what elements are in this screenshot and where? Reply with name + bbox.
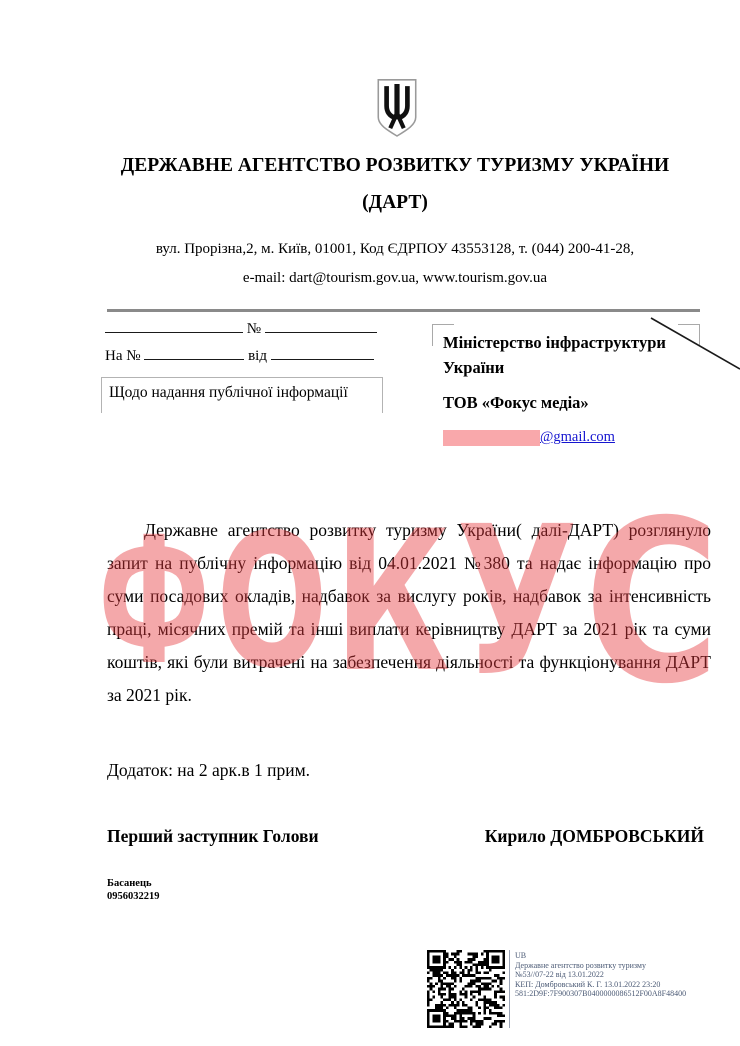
outgoing-reference-line: № xyxy=(105,319,377,338)
stamp-line: №53//07-22 від 13.01.2022 xyxy=(515,970,740,980)
letter-body: Державне агентство розвитку туризму Укра… xyxy=(107,514,711,712)
incoming-date-blank xyxy=(271,346,374,360)
esignature-stamp: UB Державне агентство розвитку туризму №… xyxy=(427,950,740,1028)
number-sign-label: № xyxy=(247,321,261,337)
recipient-email-row: @gmail.com xyxy=(443,429,698,446)
signer-position: Перший заступник Голови xyxy=(107,826,319,847)
signer-name: Кирило ДОМБРОВСЬКИЙ xyxy=(485,826,704,847)
subject-box: Щодо надання публічної інформації xyxy=(101,377,383,413)
outgoing-date-blank xyxy=(105,319,243,333)
header-divider xyxy=(107,309,700,312)
incoming-number-blank xyxy=(144,346,244,360)
outgoing-number-blank xyxy=(265,319,377,333)
qr-code xyxy=(427,950,505,1028)
signature-row: Перший заступник Голови Кирило ДОМБРОВСЬ… xyxy=(107,826,704,847)
reply-date-label: від xyxy=(248,348,267,364)
subject-text: Щодо надання публічної інформації xyxy=(109,384,348,401)
stamp-line: 581:2D9F:7F900307B0400000086512F00A8F484… xyxy=(515,989,740,999)
recipient-block: Міністерство інфраструктури України ТОВ … xyxy=(443,330,698,446)
page: { "colors": { "accent_red": "#c1201e", "… xyxy=(0,0,740,1046)
org-contacts: e-mail: dart@tourism.gov.ua, www.tourism… xyxy=(50,270,740,287)
ukraine-trident-emblem xyxy=(371,74,423,151)
reply-prefix-label: На № xyxy=(105,348,141,364)
recipient-ministry-line2: України xyxy=(443,355,698,380)
stamp-text: UB Державне агентство розвитку туризму №… xyxy=(515,950,740,999)
stamp-line: КЕП: Домбровський К. Г. 13.01.2022 23:20 xyxy=(515,980,740,990)
stamp-line: UB xyxy=(515,951,740,961)
org-abbreviation: (ДАРТ) xyxy=(50,192,740,214)
org-address: вул. Прорізна,2, м. Київ, 01001, Код ЄДР… xyxy=(50,241,740,258)
executor-phone: 0956032219 xyxy=(107,890,160,903)
redacted-email-local-part xyxy=(443,430,540,446)
stamp-separator xyxy=(509,950,510,1028)
recipient-company: ТОВ «Фокус медіа» xyxy=(443,393,698,413)
recipient-ministry-line1: Міністерство інфраструктури xyxy=(443,330,698,355)
recipient-email-link[interactable]: @gmail.com xyxy=(540,429,615,445)
org-name: ДЕРЖАВНЕ АГЕНТСТВО РОЗВИТКУ ТУРИЗМУ УКРА… xyxy=(50,155,740,177)
attachment-note: Додаток: на 2 арк.в 1 прим. xyxy=(107,760,310,781)
stamp-line: Державне агентство розвитку туризму xyxy=(515,961,740,971)
incoming-reference-line: На № від xyxy=(105,346,374,365)
executor-block: Басанець 0956032219 xyxy=(107,877,160,903)
executor-name: Басанець xyxy=(107,877,160,890)
